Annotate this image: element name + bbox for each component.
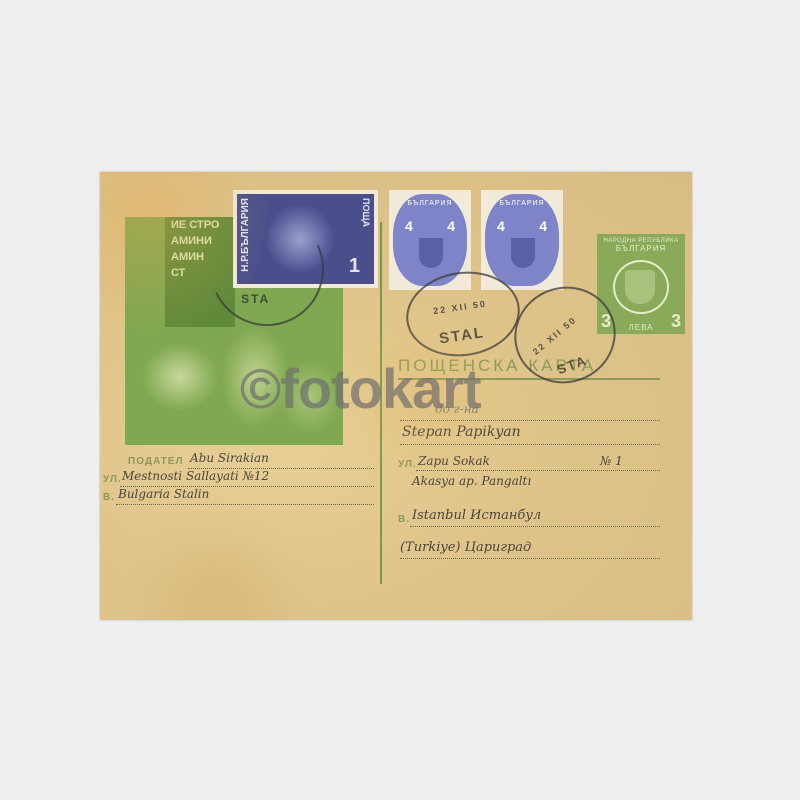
recipient-city: Istanbul Истанбул bbox=[412, 508, 541, 523]
sender-city: Bulgaria Stalin bbox=[118, 487, 209, 501]
recipient-street-line2: Akasya ap. Pangaltı bbox=[412, 474, 531, 488]
watermark: ©fotokart bbox=[240, 356, 481, 421]
dotted-line bbox=[400, 558, 660, 559]
sender-label: ПОДАТЕЛ bbox=[128, 456, 183, 467]
stamp-denomination: 1 bbox=[349, 255, 360, 278]
stamp-denomination: 4 bbox=[405, 218, 413, 234]
postage-value: 3 bbox=[671, 311, 681, 332]
recipient-street: Zapu Sokak bbox=[418, 454, 490, 468]
dotted-line bbox=[416, 470, 660, 471]
postage-currency: ЛЕВА bbox=[629, 323, 654, 332]
recipient-city-label: В. bbox=[398, 514, 410, 525]
recipient-street-number: № 1 bbox=[600, 454, 623, 468]
postmark-city: STA bbox=[555, 352, 589, 377]
stamp-denomination: 4 bbox=[447, 218, 455, 234]
stamp-country: БЪЛГАРИЯ bbox=[393, 200, 467, 207]
postmark-date: 22 XII 50 bbox=[433, 299, 488, 316]
recipient-country: (Turkiye) Цариград bbox=[400, 540, 531, 555]
dotted-line bbox=[400, 444, 660, 445]
postage-line2: БЪЛГАРИЯ bbox=[597, 244, 685, 253]
stamp-denomination: 4 bbox=[497, 218, 505, 234]
sender-street-label: УЛ. bbox=[103, 474, 122, 485]
lion-emblem-icon bbox=[625, 270, 655, 304]
postmark-date: 22 XII 50 bbox=[531, 314, 579, 356]
recipient-name: Stepan Papikyan bbox=[402, 424, 521, 440]
postmark-city: STAL bbox=[438, 324, 486, 347]
illustration-figure bbox=[135, 337, 225, 417]
dotted-line bbox=[410, 526, 660, 527]
sender-name: Abu Sirakian bbox=[190, 451, 269, 465]
dotted-line bbox=[116, 504, 374, 505]
stamp-country: БЪЛГАРИЯ bbox=[485, 200, 559, 207]
sender-city-label: В. bbox=[103, 492, 115, 503]
lion-shield-icon bbox=[419, 238, 443, 268]
lion-shield-icon bbox=[511, 238, 535, 268]
stamp-coat-of-arms: БЪЛГАРИЯ 4 4 bbox=[481, 190, 563, 290]
recipient-street-label: УЛ. bbox=[398, 459, 417, 470]
postmark-city: STA bbox=[241, 292, 270, 306]
stamp-side-text: ПОЩА bbox=[361, 198, 371, 227]
stamp-denomination: 4 bbox=[539, 218, 547, 234]
sender-street: Mestnosti Sallayati №12 bbox=[122, 469, 269, 483]
